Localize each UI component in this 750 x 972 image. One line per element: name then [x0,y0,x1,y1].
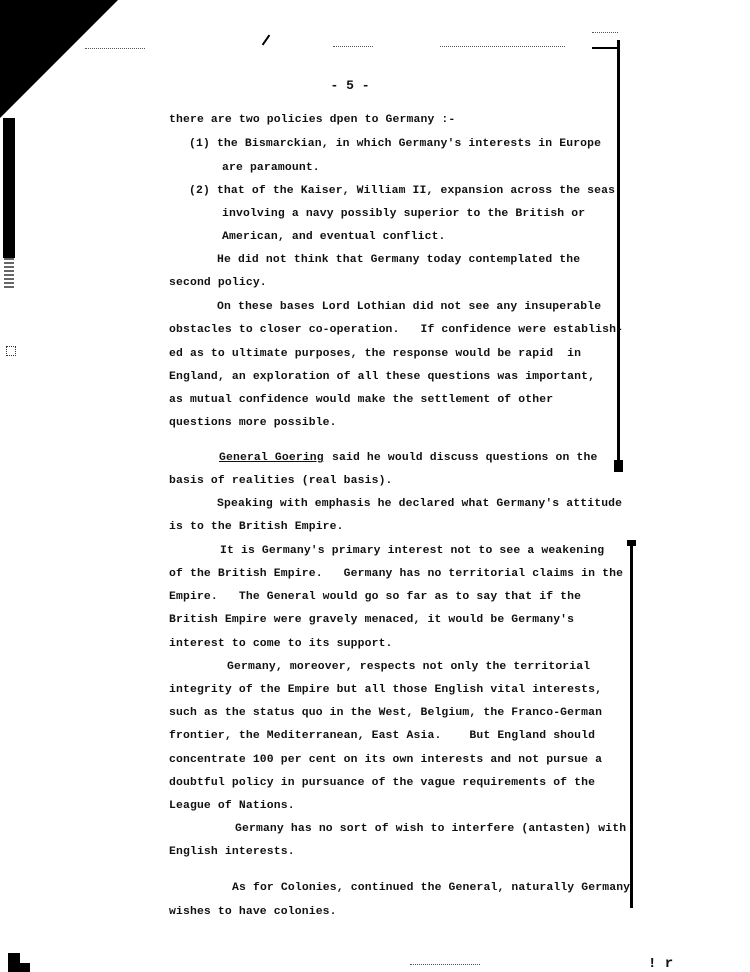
text-line: is to the British Empire. [169,521,344,533]
text-line: wishes to have colonies. [169,906,337,918]
text-line: Speaking with emphasis he declared what … [217,498,622,510]
scan-dots [410,964,480,966]
text-line: doubtful policy in pursuance of the vagu… [169,777,595,789]
scan-left-edge-bar [3,118,15,258]
text-line: frontier, the Mediterranean, East Asia. … [169,730,595,742]
scan-dots [333,46,373,48]
text-line: concentrate 100 per cent on its own inte… [169,754,602,766]
text-line: involving a navy possibly superior to th… [222,208,585,220]
text-line: As for Colonies, continued the General, … [232,882,630,894]
text-line: questions more possible. [169,417,337,429]
text-line: obstacles to closer co-operation. If con… [169,324,623,336]
scan-bottom-right-mark: ! r [648,956,673,972]
text-line: It is Germany's primary interest not to … [220,545,604,557]
text-line: such as the status quo in the West, Belg… [169,707,602,719]
text-line: Empire. The General would go so far as t… [169,591,581,603]
text-line: England, an exploration of all these que… [169,371,595,383]
page-number: - 5 - [0,78,700,93]
text-line: are paramount. [222,162,320,174]
text-line: On these bases Lord Lothian did not see … [217,301,601,313]
text-line: Germany, moreover, respects not only the… [227,661,590,673]
text-line: (2) that of the Kaiser, William II, expa… [189,185,615,197]
scan-dots [440,46,565,48]
scan-top-right-mark [592,32,618,49]
pen-stroke-mark [262,35,271,46]
scan-left-mark [6,346,16,356]
text-line: of the British Empire. Germany has no te… [169,568,623,580]
scan-dots [85,48,145,50]
text-line: there are two policies dpen to Germany :… [169,114,455,126]
text-line: said he would discuss questions on the [325,452,597,464]
text-line: Germany has no sort of wish to interfere… [235,823,626,835]
text-line: He did not think that Germany today cont… [217,254,580,266]
text-line: English interests. [169,846,295,858]
text-line: second policy. [169,277,267,289]
scan-corner-shadow [0,0,118,118]
scan-bottom-left-mark [8,953,20,972]
text-line: (1) the Bismarckian, in which Germany's … [189,138,601,150]
text-line: ed as to ultimate purposes, the response… [169,348,581,360]
text-line: integrity of the Empire but all those En… [169,684,602,696]
text-line: as mutual confidence would make the sett… [169,394,553,406]
text-line: British Empire were gravely menaced, it … [169,614,574,626]
scan-left-edge-speckle [4,258,14,288]
speaker-name: General Goering [219,452,324,464]
text-line: American, and eventual conflict. [222,231,446,243]
text-line: basis of realities (real basis). [169,475,393,487]
margin-sideline-1 [617,40,620,472]
text-line: League of Nations. [169,800,295,812]
margin-sideline-2 [630,540,633,908]
text-line: interest to come to its support. [169,638,393,650]
